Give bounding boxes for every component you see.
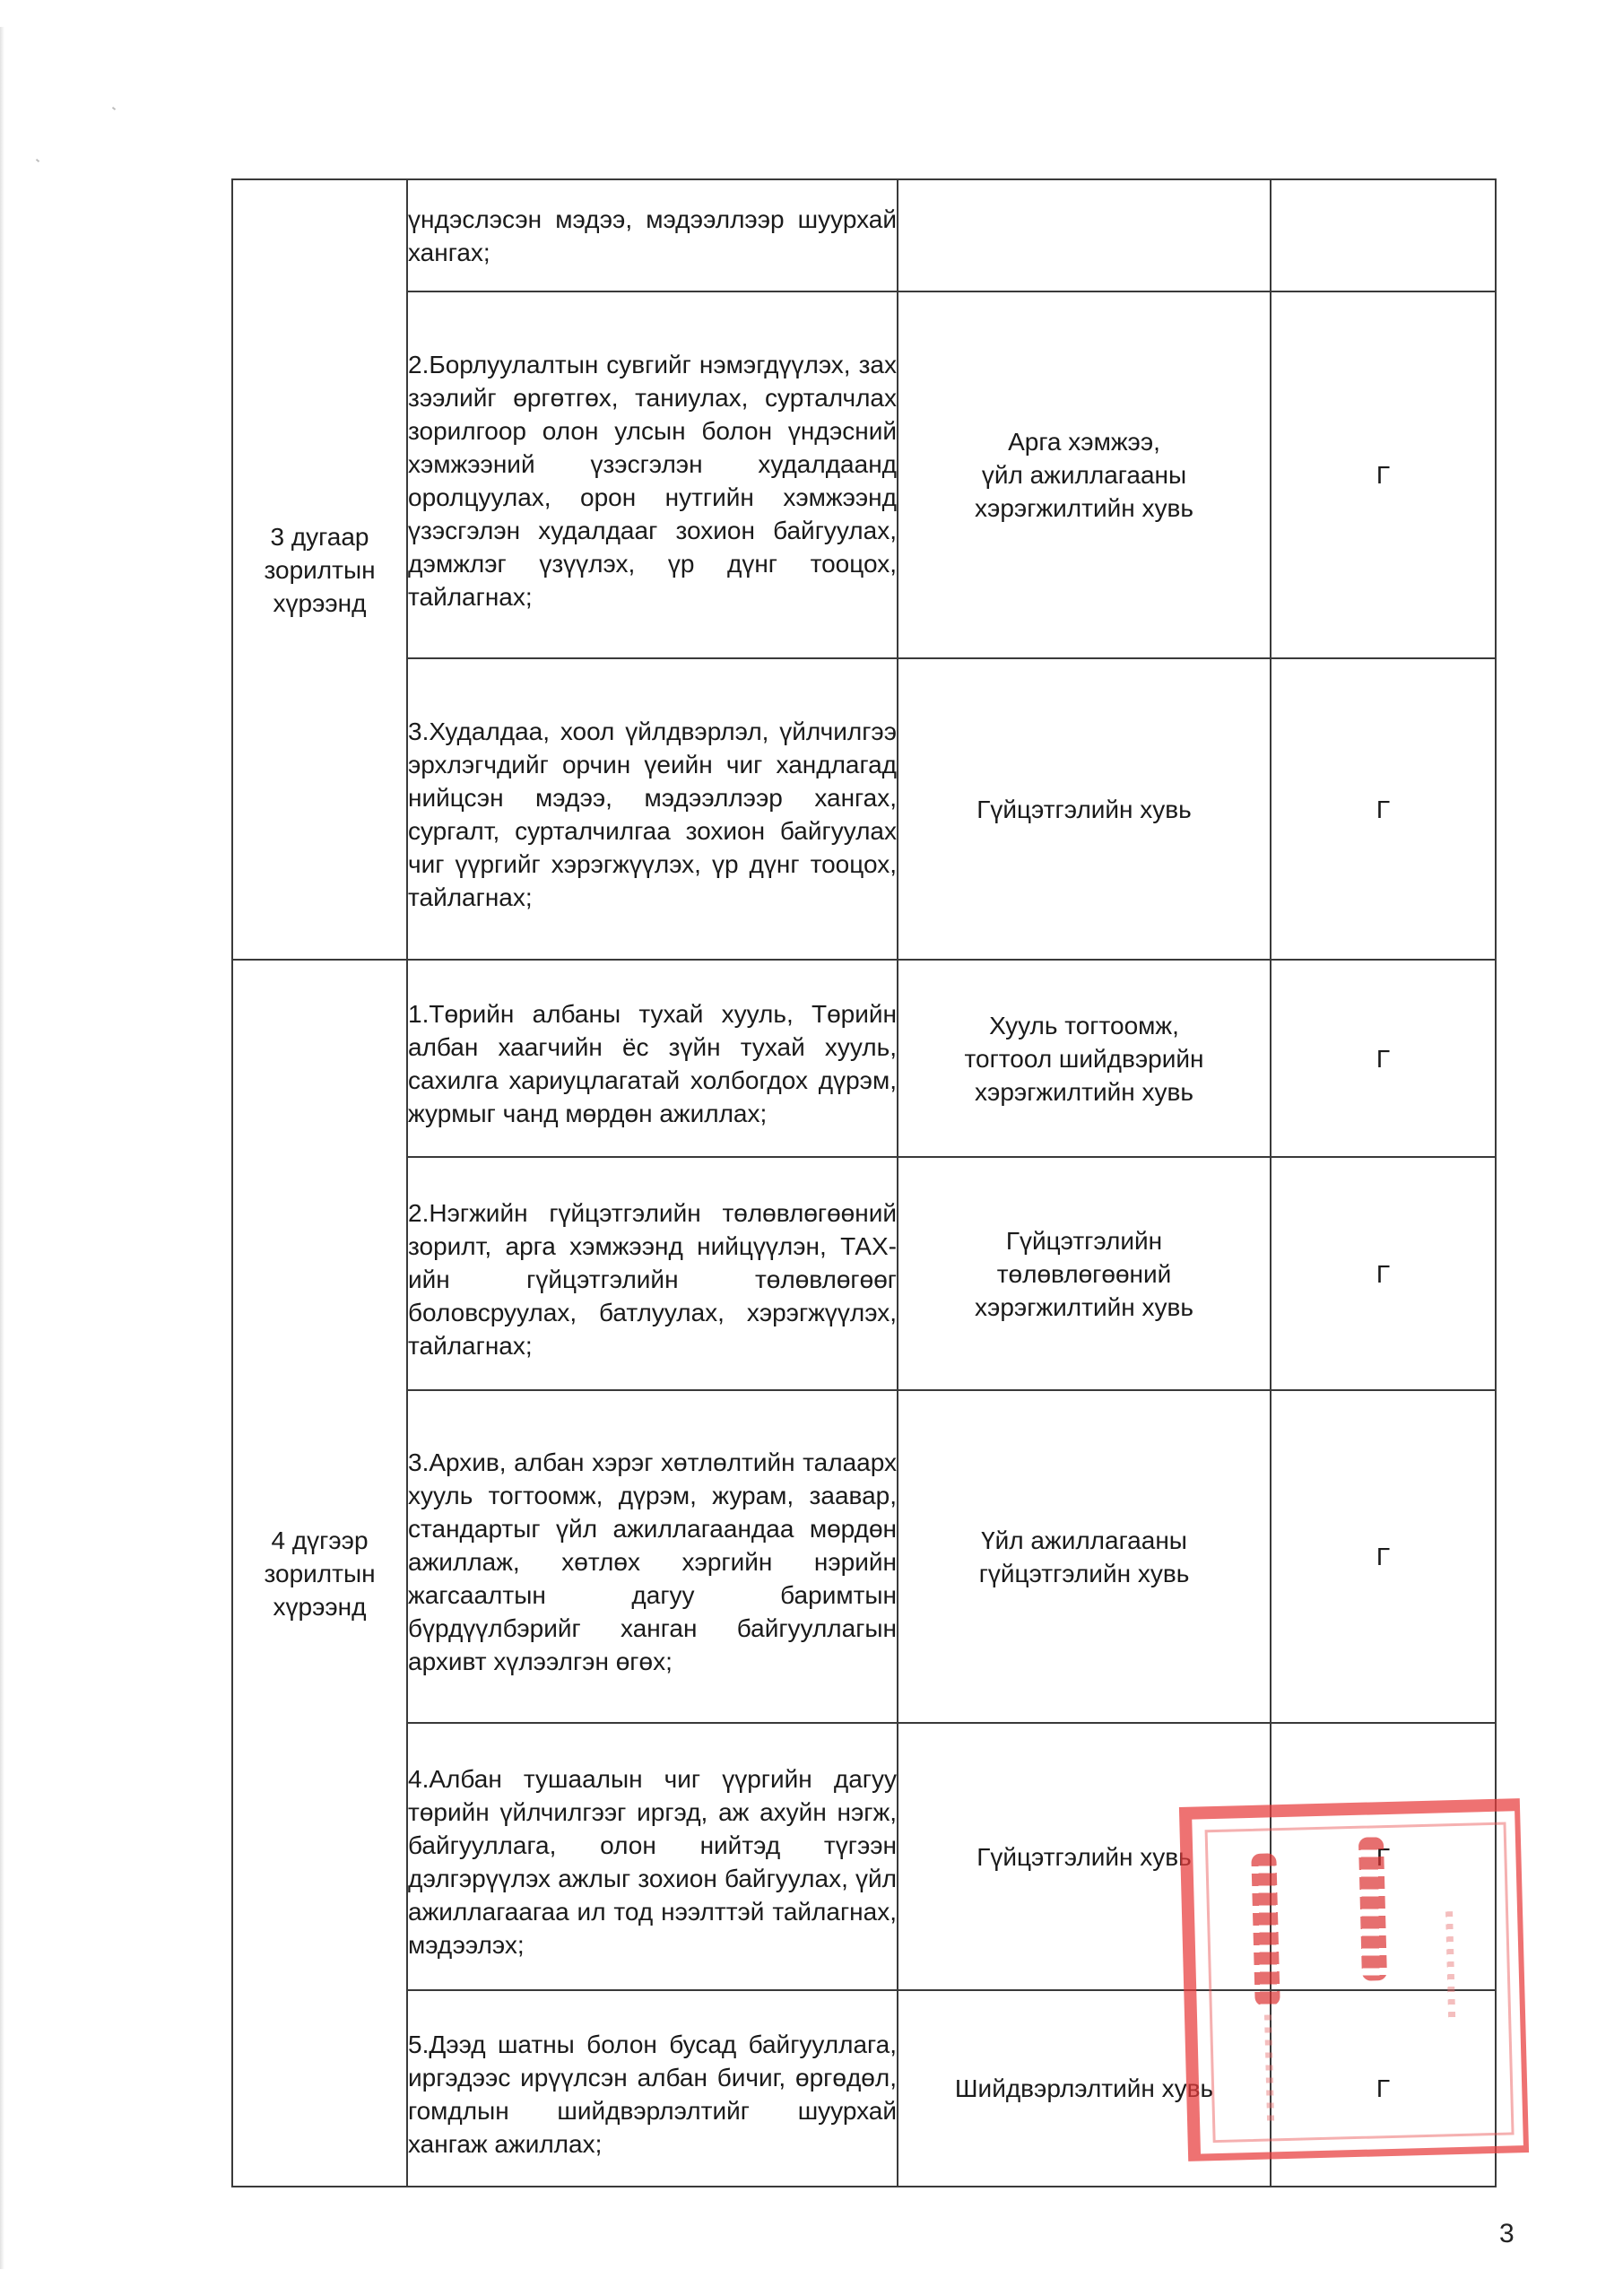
- task-text: үндэслэсэн мэдээ, мэдээллээр шуурхай хан…: [408, 203, 897, 269]
- task-cell: 3.Архив, албан хэрэг хөтлөлтийн талаарх …: [407, 1390, 898, 1723]
- table-row: 4 дүгээр зорилтын хүрээнд 1.Төрийн албан…: [232, 960, 1496, 1157]
- scan-page-edge: [0, 27, 4, 2269]
- indicator-cell: Арга хэмжээ, үйл ажиллагааны хэрэгжилтий…: [898, 291, 1271, 658]
- grade-cell: Г: [1271, 960, 1496, 1157]
- table-row: 3.Архив, албан хэрэг хөтлөлтийн талаарх …: [232, 1390, 1496, 1723]
- table-row: 2.Нэгжийн гүйцэтгэлийн төлөвлөгөөний зор…: [232, 1157, 1496, 1390]
- task-cell: 5.Дээд шатны болон бусад байгууллага, ир…: [407, 1990, 898, 2187]
- indicator-cell: Үйл ажиллагааны гүйцэтгэлийн хувь: [898, 1390, 1271, 1723]
- indicator-text: Шийдвэрлэлтийн хувь: [955, 2072, 1213, 2105]
- task-text: 1.Төрийн албаны тухай хууль, Төрийн алба…: [408, 997, 897, 1130]
- grade-cell: Г: [1271, 1723, 1496, 1990]
- table-row: 4.Албан тушаалын чиг үүргийн дагуу төрий…: [232, 1723, 1496, 1990]
- table-row: 3.Худалдаа, хоол үйлдвэрлэл, үйлчилгээ э…: [232, 658, 1496, 960]
- grade-text: Г: [1376, 2074, 1390, 2102]
- task-cell: үндэслэсэн мэдээ, мэдээллээр шуурхай хан…: [407, 179, 898, 291]
- evaluation-table: 3 дугаар зорилтын хүрээнд үндэслэсэн мэд…: [231, 178, 1497, 2187]
- indicator-cell: Гүйцэтгэлийн хувь: [898, 1723, 1271, 1990]
- indicator-text: Арга хэмжээ, үйл ажиллагааны хэрэгжилтий…: [975, 425, 1193, 525]
- indicator-cell: Хууль тогтоомж, тогтоол шийдвэрийн хэрэг…: [898, 960, 1271, 1157]
- grade-text: Г: [1376, 1543, 1390, 1570]
- grade-cell: Г: [1271, 291, 1496, 658]
- task-text: 2.Борлуулалтын сувгийг нэмэгдүүлэх, зах …: [408, 348, 897, 613]
- grade-cell: Г: [1271, 1990, 1496, 2187]
- grade-text: Г: [1376, 1260, 1390, 1288]
- scan-speck: [36, 159, 39, 162]
- task-cell: 2.Борлуулалтын сувгийг нэмэгдүүлэх, зах …: [407, 291, 898, 658]
- task-text: 5.Дээд шатны болон бусад байгууллага, ир…: [408, 2028, 897, 2161]
- table-row: 5.Дээд шатны болон бусад байгууллага, ир…: [232, 1990, 1496, 2187]
- table-row: 3 дугаар зорилтын хүрээнд үндэслэсэн мэд…: [232, 179, 1496, 291]
- indicator-cell: Шийдвэрлэлтийн хувь: [898, 1990, 1271, 2187]
- grade-cell: [1271, 179, 1496, 291]
- grade-text: Г: [1376, 796, 1390, 823]
- grade-cell: Г: [1271, 1390, 1496, 1723]
- indicator-cell: Гүйцэтгэлийн хувь: [898, 658, 1271, 960]
- indicator-text: Үйл ажиллагааны гүйцэтгэлийн хувь: [979, 1524, 1190, 1590]
- scan-speck: [112, 107, 116, 110]
- grade-text: Г: [1376, 461, 1390, 489]
- grade-cell: Г: [1271, 658, 1496, 960]
- goal-group-label: 4 дүгээр зорилтын хүрээнд: [232, 960, 407, 2187]
- task-cell: 4.Албан тушаалын чиг үүргийн дагуу төрий…: [407, 1723, 898, 1990]
- task-cell: 1.Төрийн албаны тухай хууль, Төрийн алба…: [407, 960, 898, 1157]
- goal-group-label: 3 дугаар зорилтын хүрээнд: [232, 179, 407, 960]
- grade-text: Г: [1376, 1843, 1390, 1871]
- grade-cell: Г: [1271, 1157, 1496, 1390]
- goal-group-text: 3 дугаар зорилтын хүрээнд: [264, 523, 375, 617]
- grade-text: Г: [1376, 1045, 1390, 1073]
- indicator-text: Гүйцэтгэлийн хувь: [976, 1840, 1192, 1874]
- goal-group-text: 4 дүгээр зорилтын хүрээнд: [264, 1526, 375, 1621]
- task-cell: 3.Худалдаа, хоол үйлдвэрлэл, үйлчилгээ э…: [407, 658, 898, 960]
- indicator-text: Хууль тогтоомж, тогтоол шийдвэрийн хэрэг…: [964, 1009, 1203, 1109]
- task-text: 3.Худалдаа, хоол үйлдвэрлэл, үйлчилгээ э…: [408, 715, 897, 914]
- indicator-cell: [898, 179, 1271, 291]
- indicator-cell: Гүйцэтгэлийн төлөвлөгөөний хэрэгжилтийн …: [898, 1157, 1271, 1390]
- task-cell: 2.Нэгжийн гүйцэтгэлийн төлөвлөгөөний зор…: [407, 1157, 898, 1390]
- indicator-text: Гүйцэтгэлийн төлөвлөгөөний хэрэгжилтийн …: [975, 1224, 1193, 1324]
- task-text: 4.Албан тушаалын чиг үүргийн дагуу төрий…: [408, 1762, 897, 1961]
- indicator-text: Гүйцэтгэлийн хувь: [976, 793, 1192, 826]
- task-text: 2.Нэгжийн гүйцэтгэлийн төлөвлөгөөний зор…: [408, 1196, 897, 1362]
- task-text: 3.Архив, албан хэрэг хөтлөлтийн талаарх …: [408, 1446, 897, 1678]
- page-number: 3: [1499, 2219, 1515, 2249]
- table-row: 2.Борлуулалтын сувгийг нэмэгдүүлэх, зах …: [232, 291, 1496, 658]
